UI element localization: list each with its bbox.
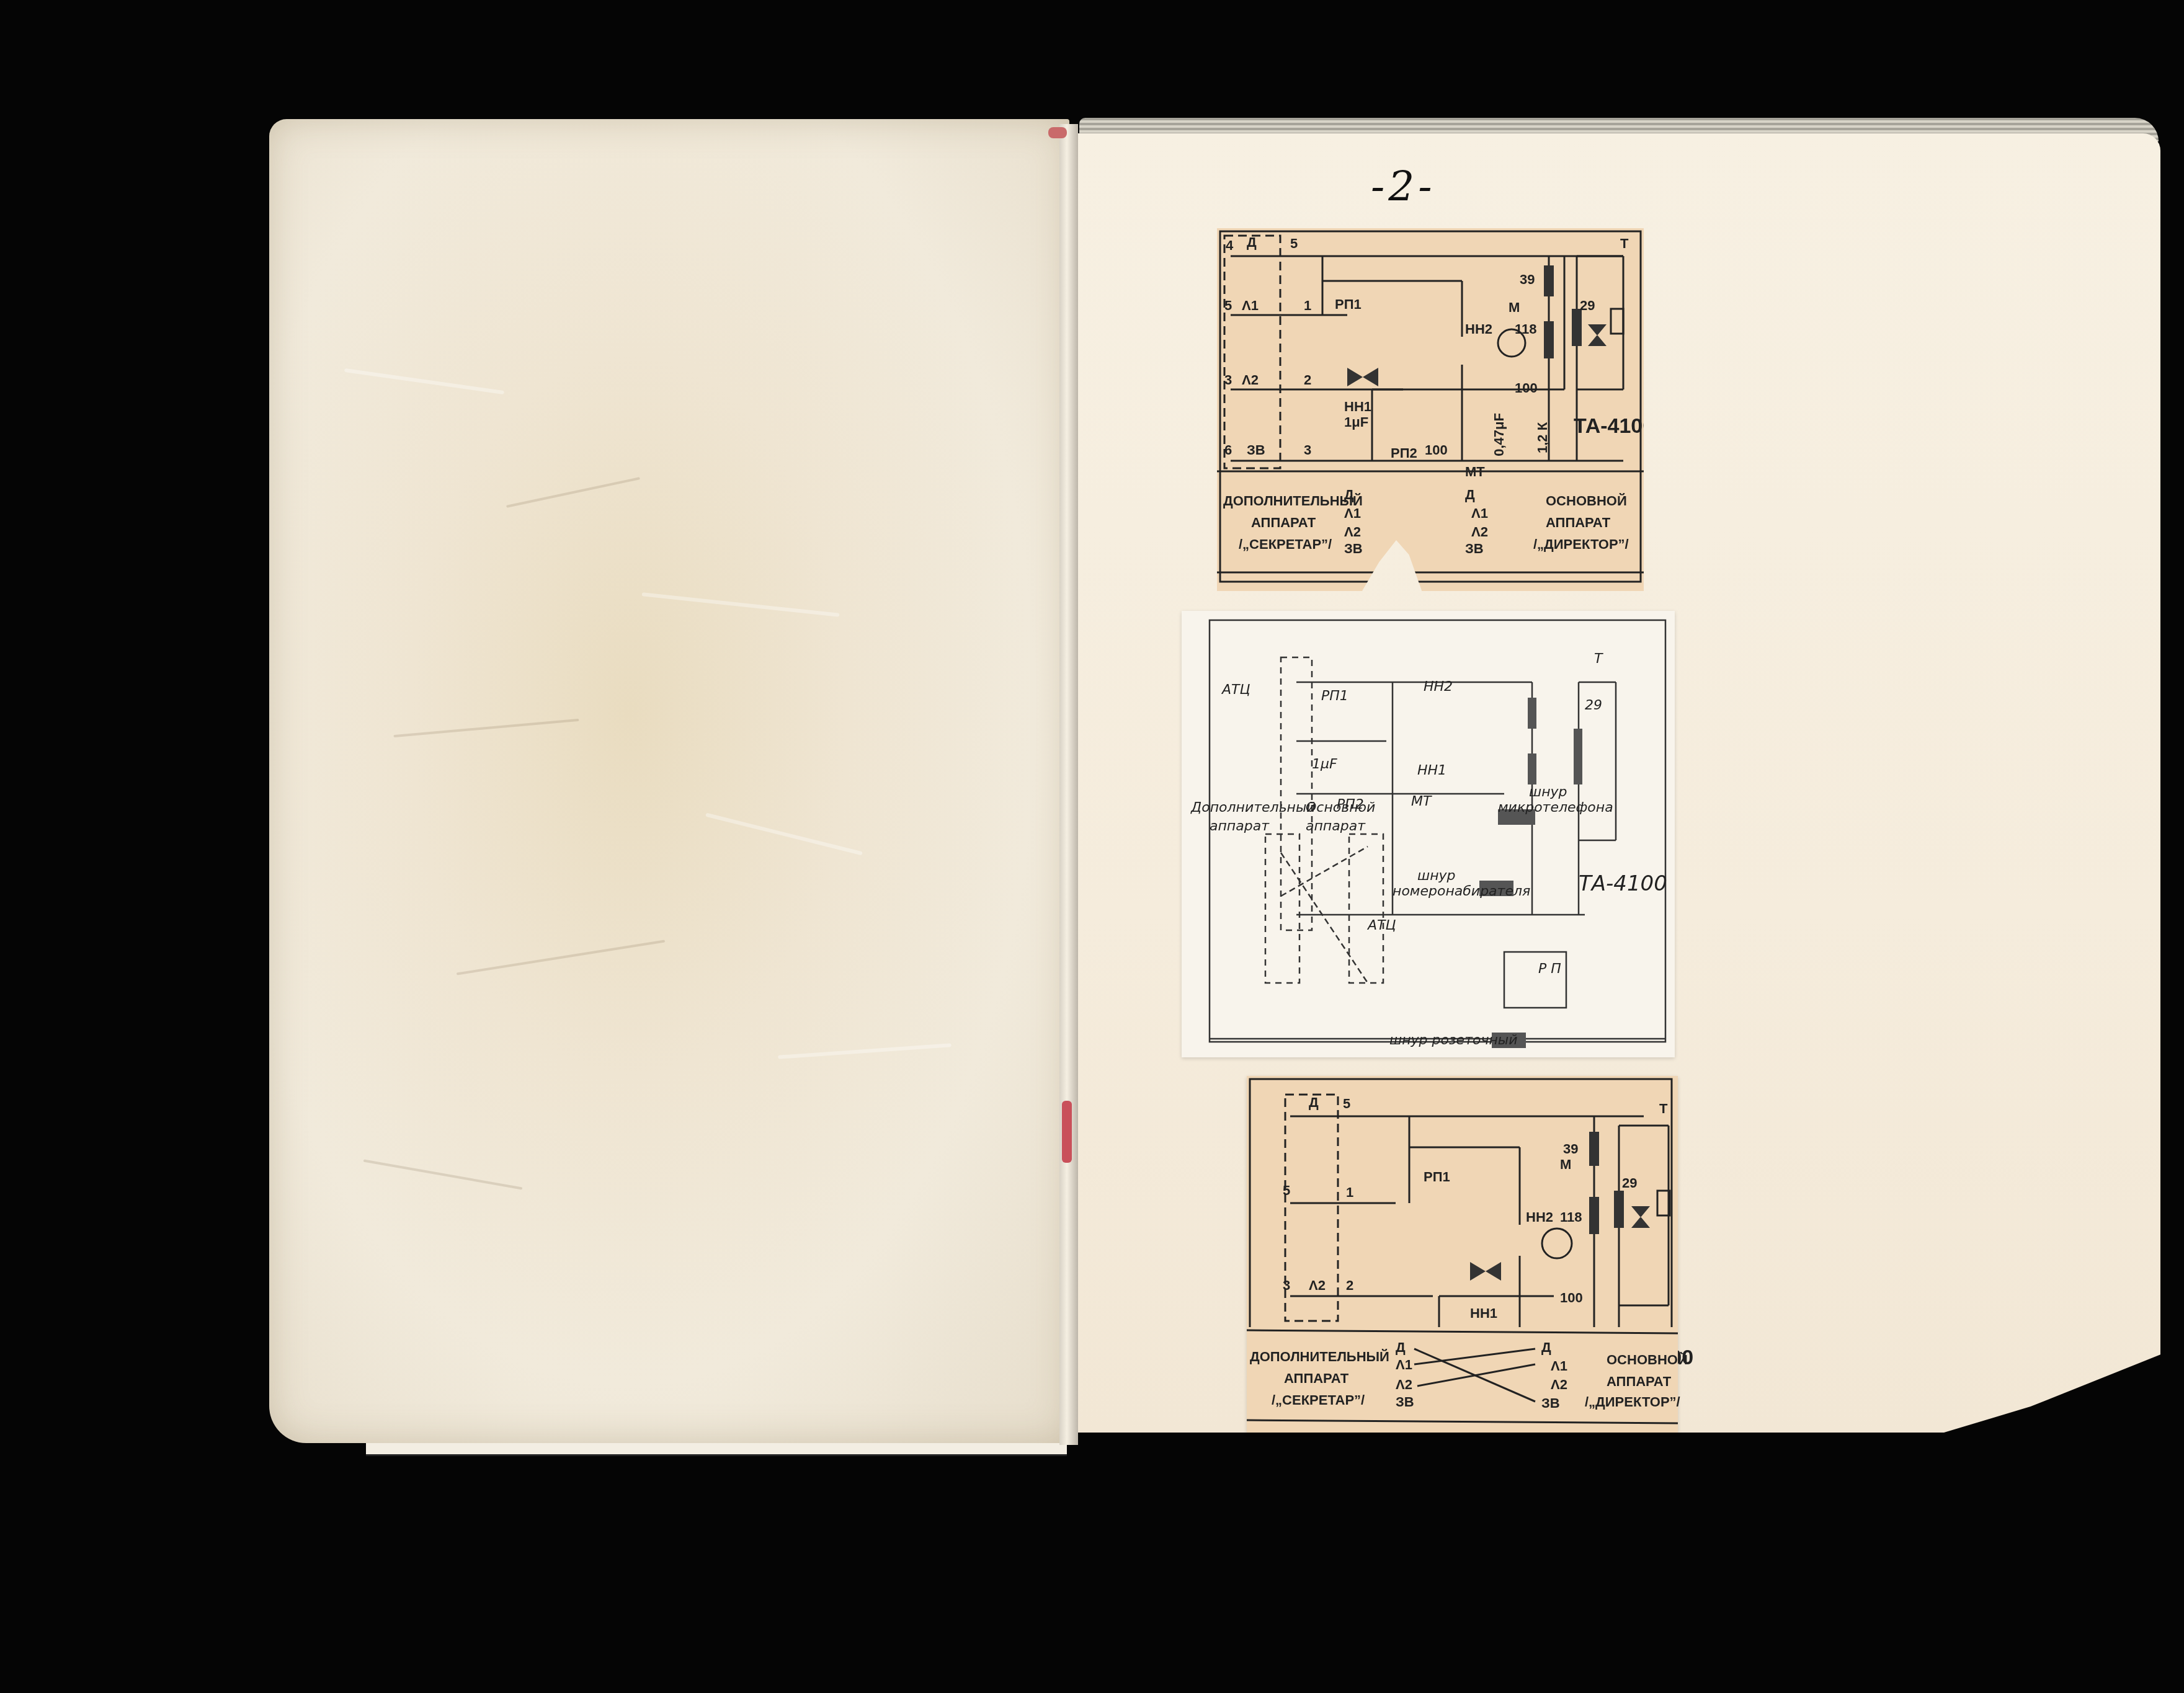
switch-label: НН1 [1470,1305,1497,1322]
resistor-label: 1,2 К [1535,422,1551,453]
terminal-label: 5 [1283,1183,1290,1199]
resistor-label: 39 [1563,1141,1578,1157]
legend-title: ДОПОЛНИТЕЛЬНЫЙ [1223,493,1363,509]
caption: шнур [1417,868,1456,884]
legend-pin: Λ2 [1396,1377,1412,1393]
clipping-2: ТА-4100 Дополнительный аппарат Основной … [1182,611,1675,1057]
caption: номеронабирателя [1393,884,1530,899]
switch-label: НН1 [1417,763,1446,778]
node-label: Т [1659,1101,1667,1117]
terminal-label: 5 [1290,236,1298,252]
terminal-label: 4 [1226,238,1233,254]
crease [778,1043,952,1059]
wiring-diagram-icon [1182,611,1675,1057]
switch-label: НН2 [1526,1209,1553,1225]
legend-title: АППАРАТ [1284,1371,1348,1387]
atc-label: АТЦ [1222,682,1250,698]
resistor-label: 39 [1520,272,1535,288]
caption: микротелефона [1498,800,1613,815]
terminal-label: 1 [1304,298,1311,314]
terminal-label: Λ2 [1309,1278,1326,1294]
transformer-label: 29 [1585,698,1602,713]
relay-label: Р П [1538,961,1561,977]
relay-label: РП1 [1335,296,1362,313]
legend-pin: Д [1541,1340,1551,1356]
terminal-label: 1 [1346,1184,1353,1201]
caption: шнур [1529,784,1567,800]
crease [642,592,840,616]
legend-title: ОСНОВНОЙ [1607,1352,1688,1368]
model-label: ТА-4100 [1574,414,1654,438]
node-label: МТ [1411,794,1431,809]
terminal-label: Λ1 [1242,298,1259,314]
resistor-label: 100 [1515,380,1538,396]
terminal-label: 5 [1224,298,1232,314]
relay-label: РП1 [1321,688,1348,704]
clipping-legend: ДОПОЛНИТЕЛЬНЫЙ АППАРАТ /„СЕКРЕТАР”/ Д Λ1… [1217,471,1644,574]
legend-title: АППАРАТ [1546,515,1610,531]
crease [363,1159,523,1189]
node-label: М [1509,300,1520,316]
legend-pin: Λ1 [1551,1358,1567,1374]
legend-pin: Д [1465,487,1475,503]
switch-label: НН2 [1465,321,1492,337]
switch-label: НН2 [1424,679,1453,695]
crease [457,940,665,975]
clipping-3-legend: ДОПОЛНИТЕЛЬНЫЙ АППАРАТ /„СЕКРЕТАР”/ Д Λ1… [1247,1327,1678,1433]
crease [705,813,863,856]
legend-title: /„СЕКРЕТАР”/ [1272,1392,1365,1408]
terminal-label: 3 [1224,372,1232,388]
caption: шнур розеточный [1389,1033,1517,1048]
terminal-label: 6 [1224,442,1232,458]
page-number: -2- [1371,162,1436,210]
switch-label: НН1 [1344,399,1371,415]
legend-title: /„ДИРЕКТОР”/ [1585,1394,1680,1410]
relay-label: РП1 [1424,1169,1450,1185]
capacitor-label: 1μF [1344,414,1368,430]
terminal-label: 2 [1346,1278,1353,1294]
legend-pin: ЗВ [1344,541,1363,557]
legend-title: /„ДИРЕКТОР”/ [1533,536,1629,553]
terminal-label: Д [1309,1095,1319,1111]
model-label: ТА-4100 [1579,871,1667,896]
legend-pin: Д [1396,1340,1406,1356]
crease [393,719,579,737]
terminal-label: 2 [1304,372,1311,388]
legend-pin: Λ2 [1471,524,1488,540]
resistor-label: 118 [1560,1209,1582,1225]
relay-label: РП2 [1337,797,1364,812]
legend-pin: Λ1 [1344,505,1361,522]
legend-title: /„СЕКРЕТАР”/ [1239,536,1332,553]
legend-title: ОСНОВНОЙ [1546,493,1627,509]
caption: аппарат [1306,819,1365,834]
spine [1059,124,1078,1445]
spine-cover-red-top [1048,127,1067,138]
caption: аппарат [1210,819,1269,834]
crease [506,477,640,508]
legend-pin: Д [1344,487,1354,503]
legend-title: АППАРАТ [1251,515,1316,531]
legend-title: АППАРАТ [1607,1374,1671,1390]
terminal-label: 3 [1283,1278,1290,1294]
left-page [269,119,1069,1443]
capacitor-label: 1μF [1312,757,1337,772]
transformer-label: 29 [1580,298,1595,314]
spine-cover-red [1062,1101,1072,1163]
transformer-label: 29 [1622,1175,1637,1191]
node-label: М [1560,1157,1571,1173]
legend-pin: Λ1 [1396,1357,1412,1373]
resistor-label: 100 [1560,1290,1583,1306]
relay-label: РП2 [1391,445,1417,461]
legend-pin: Λ1 [1471,505,1488,522]
terminal-label: ЗВ [1247,442,1265,458]
resistor-label: 118 [1515,321,1537,337]
node-label: Т [1620,236,1628,252]
terminal-label: 3 [1304,442,1311,458]
legend-pin: Λ2 [1551,1377,1567,1393]
crease [344,368,504,394]
legend-pin: ЗВ [1396,1394,1414,1410]
terminal-label: 5 [1343,1096,1350,1112]
terminal-label: Λ2 [1242,372,1259,388]
resistor-label: 100 [1425,442,1448,458]
capacitor-label: 0,47μF [1491,413,1507,456]
clipping-1: 4 Д 5 5 Λ1 1 3 Λ2 2 6 ЗВ 3 РП1 РП2 НН1 Н… [1217,228,1644,591]
legend-pin: ЗВ [1465,541,1484,557]
legend-pin: Λ2 [1344,524,1361,540]
atc-label: АТЦ [1368,918,1396,933]
legend-title: ДОПОЛНИТЕЛЬНЫЙ [1250,1349,1389,1365]
legend-pin: ЗВ [1541,1395,1560,1411]
caption: Дополнительный [1191,800,1316,815]
node-label: Т [1594,651,1602,667]
terminal-label: Д [1247,234,1257,251]
